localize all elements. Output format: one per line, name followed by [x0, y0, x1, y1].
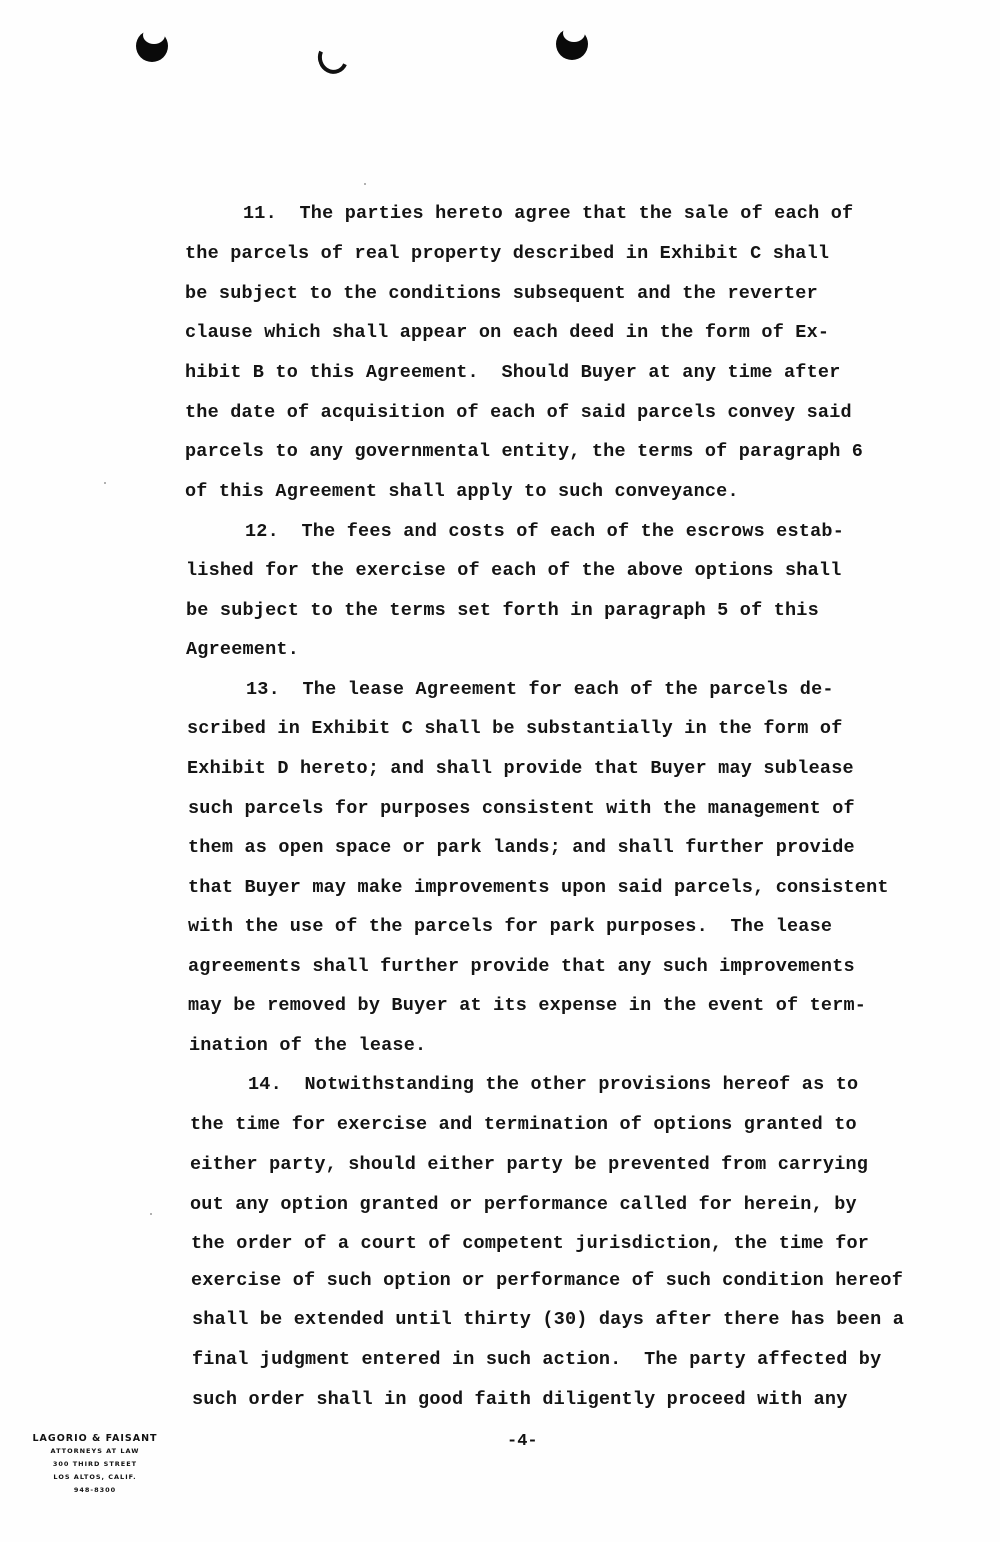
document-page: 11. The parties hereto agree that the sa…: [0, 0, 1000, 1542]
law-firm-letterhead: LAGORIO & FAISANT ATTORNEYS AT LAW 300 T…: [20, 1432, 170, 1497]
paragraph-line: such parcels for purposes consistent wit…: [188, 798, 855, 820]
paragraph-line: such order shall in good faith diligentl…: [192, 1389, 848, 1411]
paragraph-line: clause which shall appear on each deed i…: [185, 322, 829, 344]
firm-street: 300 THIRD STREET: [20, 1458, 170, 1471]
scan-speck: [364, 183, 366, 185]
firm-title: ATTORNEYS AT LAW: [20, 1445, 170, 1458]
paragraph-line: scribed in Exhibit C shall be substantia…: [187, 718, 843, 740]
paragraph-line: agreements shall further provide that an…: [188, 956, 855, 978]
punch-hole-left: [136, 30, 168, 62]
paragraph-line: 12. The fees and costs of each of the es…: [245, 521, 844, 543]
paragraph-line: be subject to the terms set forth in par…: [186, 600, 819, 622]
firm-phone: 948-8300: [20, 1484, 170, 1497]
paragraph-line: final judgment entered in such action. T…: [192, 1349, 881, 1371]
scan-speck: [150, 1213, 152, 1215]
paragraph-line: parcels to any governmental entity, the …: [185, 441, 863, 463]
paragraph-line: lished for the exercise of each of the a…: [186, 560, 842, 582]
paragraph-line: with the use of the parcels for park pur…: [188, 916, 832, 938]
paragraph-line: the date of acquisition of each of said …: [185, 402, 852, 424]
punch-hole-middle: [313, 38, 352, 78]
paragraph-line: Agreement.: [186, 639, 299, 661]
paragraph-line: them as open space or park lands; and sh…: [188, 837, 855, 859]
paragraph-line: be subject to the conditions subsequent …: [185, 283, 818, 305]
paragraph-line: that Buyer may make improvements upon sa…: [188, 877, 889, 899]
paragraph-line: Exhibit D hereto; and shall provide that…: [187, 758, 854, 780]
paragraph-line: the time for exercise and termination of…: [190, 1114, 857, 1136]
scan-speck: [104, 482, 106, 484]
paragraph-line: of this Agreement shall apply to such co…: [185, 481, 739, 503]
paragraph-line: exercise of such option or performance o…: [191, 1270, 903, 1292]
paragraph-line: 11. The parties hereto agree that the sa…: [243, 203, 853, 225]
firm-city: LOS ALTOS, CALIF.: [20, 1471, 170, 1484]
paragraph-line: out any option granted or performance ca…: [190, 1194, 857, 1216]
paragraph-line: ination of the lease.: [189, 1035, 426, 1057]
paragraph-line: the parcels of real property described i…: [185, 243, 829, 265]
firm-name: LAGORIO & FAISANT: [20, 1432, 170, 1445]
paragraph-line: may be removed by Buyer at its expense i…: [188, 995, 866, 1017]
punch-hole-right: [556, 28, 588, 60]
paragraph-line: 14. Notwithstanding the other provisions…: [248, 1074, 858, 1096]
paragraph-line: either party, should either party be pre…: [190, 1154, 868, 1176]
page-number: -4-: [507, 1432, 538, 1451]
paragraph-line: the order of a court of competent jurisd…: [191, 1233, 869, 1255]
paragraph-line: shall be extended until thirty (30) days…: [192, 1309, 904, 1331]
paragraph-line: 13. The lease Agreement for each of the …: [246, 679, 834, 701]
paragraph-line: hibit B to this Agreement. Should Buyer …: [185, 362, 841, 384]
